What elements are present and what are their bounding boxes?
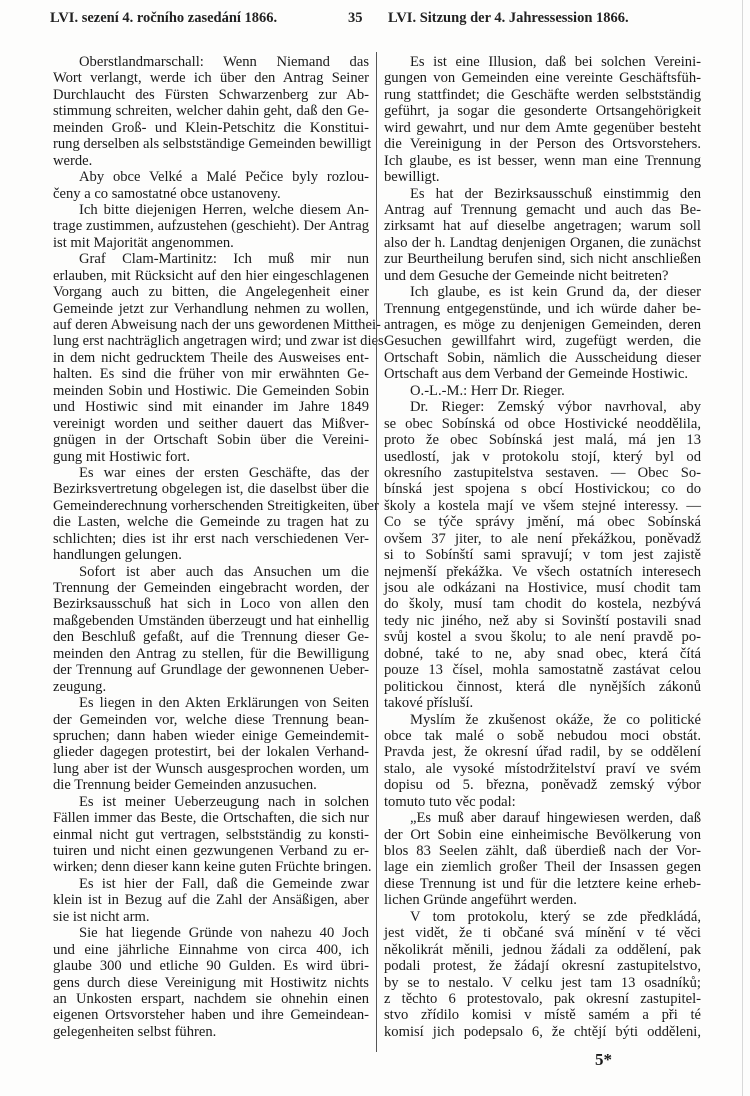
text-line: Oberstlandmarschall: Wenn Niemand das [53,54,369,70]
text-line: Ortschaft Sobin, nämlich die Ausscheidun… [384,350,701,366]
text-line: do školy, musí tam chodit do kostela, ne… [384,596,701,612]
text-line: svůj kostel a svou školu; to ale není pr… [384,629,701,645]
text-line: meinden Sobin und Hostiwic. Die Gemeinde… [53,383,369,399]
text-line: Aby obce Velké a Malé Pečice byly rozlou… [53,169,369,185]
text-line: klein ist in Bezug auf die Zahl der Ansä… [53,892,369,908]
text-line: několikrát měnili, jednou žádali za oddě… [384,942,701,958]
text-line: Ortschaft aus dem Verband der Gemeinde H… [384,366,701,382]
text-line: der Gemeinden vor, welche diese Trennung… [53,712,369,728]
text-line: maßgebenden Umständen überzeugt und hat … [53,613,369,629]
text-line: glieder dagegen protestirt, bei der loka… [53,744,369,760]
left-column: Oberstlandmarschall: Wenn Niemand dasWor… [53,54,369,1040]
text-line: Es liegen in den Akten Erklärungen von S… [53,695,369,711]
text-line: rung stattfindet; die Geschäfte werden s… [384,87,701,103]
text-line: und dem Gesuche der Gemeinde nicht beitr… [384,268,701,284]
text-line: halten. Es sind die früher von mir erwäh… [53,366,369,382]
page-edge [742,0,743,1096]
text-line: vereinigt worden und seither dauert das … [53,416,369,432]
text-line: proto že obec Sobínská jest malá, má jen… [384,432,701,448]
text-line: Gemeinde jetzt zur Verhandlung nehmen zu… [53,301,369,317]
text-line: Graf Clam-Martinitz: Ich muß mir nun [53,251,369,267]
text-line: die Vereinigung in der Person des Ortsvo… [384,136,701,152]
text-line: Es ist hier der Fall, daß die Gemeinde z… [53,876,369,892]
text-line: čeny a co samostatné obce ustanoveny. [53,186,369,202]
text-line: ovšem 37 jiter, to ale není překážkou, p… [384,531,701,547]
text-line: geführt, ja sogar die gesonderte Ortsang… [384,103,701,119]
text-line: die Trennung beider Gemeinden anzusuchen… [53,777,369,793]
document-page: LVI. sezení 4. ročního zasedání 1866. 35… [0,0,750,1096]
text-line: und eine jährliche Einnahme von circa 40… [53,942,369,958]
text-line: obce tak malé o sobě nebudou moci obstát… [384,728,701,744]
text-line: einmal nicht gut vertragen, selbstständi… [53,827,369,843]
text-line: schlichten; dies ist ihr erst nach versc… [53,531,369,547]
text-line: Ich bitte diejenigen Herren, welche dies… [53,202,369,218]
text-line: die Lasten, welche die Gemeinde zu trage… [53,514,369,530]
text-line: meinden Groß- und Klein-Petschitz die Ko… [53,120,369,136]
text-line: „Es muß aber darauf hingewiesen werden, … [384,810,701,826]
text-line: Es hat der Bezirksausschuß einstimmig de… [384,186,701,202]
text-line: pouze 13 čísel, mohla samostatně zastáva… [384,662,701,678]
text-line: tomuto tuto věc podal: [384,794,701,810]
text-line: jsou ale odkázani na Hostivice, musí cho… [384,580,701,596]
text-line: Vorgang auch zu bitten, die Angelegenhei… [53,284,369,300]
page-number: 35 [348,10,363,27]
text-line: wird gewahrt, und nur dem Amte gegenüber… [384,120,701,136]
text-line: si to Sobínští sami spravují; v tom jest… [384,547,701,563]
header-czech-title: LVI. sezení 4. ročního zasedání 1866. [50,10,277,27]
text-line: podali protest, že žádají okresní zastup… [384,958,701,974]
text-line: tuiren und nicht einen gezwungenen Verba… [53,843,369,859]
text-line: dobné, také to ne, aby snad obec, která … [384,646,701,662]
column-divider [376,52,377,1052]
text-line: O.-L.-M.: Herr Dr. Rieger. [384,383,701,399]
text-line: Bezirksausschuß hat sich in Loco von all… [53,596,369,612]
text-line: jest vidět, že ti občané svá mínění v té… [384,925,701,941]
text-line: tedy nic jiného, než aby si Sovinští pos… [384,613,701,629]
text-line: Trennung entgegenstünde, und ich würde d… [384,301,701,317]
text-line: Sie hat liegende Gründe von nahezu 40 Jo… [53,925,369,941]
text-line: stvo zřídilo komisi v místě samém a při … [384,1007,701,1023]
text-line: der Ort Sobin eine einheimische Bevölker… [384,827,701,843]
text-line: Gesuchen gewillfahrt wird, zugefügt werd… [384,333,701,349]
text-line: by se to nestalo. V celku jest tam 13 os… [384,975,701,991]
text-line: bínská jest spojena s obcí Hostivickou; … [384,481,701,497]
text-line: stalo, ale vysoké místodržitelství praví… [384,761,701,777]
text-line: Es ist meiner Ueberzeugung nach in solch… [53,794,369,810]
text-line: Es ist eine Illusion, daß bei solchen Ve… [384,54,701,70]
text-line: trage zustimmen, aufzustehen (geschieht)… [53,218,369,234]
text-line: gens durch diese Vereinigung mit Hostiwi… [53,975,369,991]
text-line: školy a kostela mají ve všem stejné inte… [384,498,701,514]
text-line: Gemeinderechnung vorherschenden Streitig… [53,498,369,514]
text-line: glaube 300 und etliche 90 Gulden. Es wir… [53,958,369,974]
text-line: Ich glaube, es ist kein Grund da, der di… [384,284,701,300]
text-line: Co se týče správy jmění, má obec Sobínsk… [384,514,701,530]
text-line: stimmung schreiten, welcher dahin geht, … [53,103,369,119]
text-line: blos 83 Seelen zählt, daß überdieß nach … [384,843,701,859]
text-line: nejmenší překážka. Ve všech ostatních in… [384,564,701,580]
text-line: sie ist nicht arm. [53,909,369,925]
text-line: eigenen Ortsvorsteher haben und ihre Gem… [53,1007,369,1023]
text-line: antragen, es möge zu denjenigen Gemeinde… [384,317,701,333]
text-line: zur Beurtheilung berufen sind, sich nich… [384,251,701,267]
text-line: lichen Gründe angeführt werden. [384,892,701,908]
text-line: dopisu od 5. března, poněvadž zemský výb… [384,777,701,793]
text-line: also der h. Landtag denjenigen Organen, … [384,235,701,251]
text-line: zeugung. [53,679,369,695]
text-line: wirken; denn dieser kann keine guten Frü… [53,859,369,875]
text-line: Pravda jest, že okresní úřad radil, by s… [384,744,701,760]
text-line: und Hostiwic sind mit einander im Jahre … [53,399,369,415]
text-line: V tom protokolu, který se zde předkládá, [384,909,701,925]
text-line: gung mit Hostiwic fort. [53,449,369,465]
text-line: politickou činnost, která dle nynějších … [384,679,701,695]
text-line: ist mit Majorität angenommen. [53,235,369,251]
text-line: rung derselben als selbstständige Gemein… [53,136,369,152]
text-line: Wort verlangt, werde ich über den Antrag… [53,70,369,86]
text-line: Dr. Rieger: Zemský výbor navrhoval, aby [384,399,701,415]
text-line: meinden den Antrag zu stellen, für die B… [53,646,369,662]
text-line: okresního zastupitelstva sestaven. — Obe… [384,465,701,481]
text-line: handlungen gelungen. [53,547,369,563]
text-line: gungen von Gemeinden eine vereinte Gesch… [384,70,701,86]
text-line: Fällen immer das Beste, die Ortschaften,… [53,810,369,826]
text-line: der Trennung auf Grundlage der gewonnene… [53,662,369,678]
text-line: den Beschluß gefaßt, auf die Trennung di… [53,629,369,645]
text-line: erlauben, mit Rücksicht auf den hier ein… [53,268,369,284]
text-line: Bezirksvertretung obgelegen ist, die das… [53,481,369,497]
text-line: diese Trennung ist und für die letztere … [384,876,701,892]
text-line: in dem nicht gedrucktem Theile des Auswe… [53,350,369,366]
page-header: LVI. sezení 4. ročního zasedání 1866. 35… [50,10,710,32]
text-line: z těchto 6 protestovalo, pak okresní zas… [384,991,701,1007]
text-line: Es war eines der ersten Geschäfte, das d… [53,465,369,481]
text-line: bewilligt. [384,169,701,185]
text-line: Sofort ist aber auch das Ansuchen um die [53,564,369,580]
text-line: lung aber ist der Wunsch ausgesprochen w… [53,761,369,777]
text-line: Ich glaube, es ist besser, wenn man eine… [384,153,701,169]
text-line: auf deren Abweisung nach der uns geworde… [53,317,369,333]
text-line: an Unkosten erspart, nachdem sie ohnehin… [53,991,369,1007]
right-column: Es ist eine Illusion, daß bei solchen Ve… [384,54,701,1040]
text-line: lung erst nachträglich angetragen wird; … [53,333,369,349]
text-line: gelegenheiten selbst führen. [53,1024,369,1040]
text-line: zirksamt hat auf dieselbe angetragen; wa… [384,218,701,234]
text-line: usedlostí, jak v protokolu stojí, který … [384,449,701,465]
text-line: Trennung der Gemeinden eingebracht worde… [53,580,369,596]
header-german-title: LVI. Sitzung der 4. Jahressession 1866. [388,10,629,27]
text-line: takové přísluší. [384,695,701,711]
text-line: Durchlaucht des Fürsten Schwarzenberg zu… [53,87,369,103]
text-line: se obec Sobínská od obce Hostivické neod… [384,416,701,432]
text-line: lage ein ziemlich großer Theil der Insas… [384,859,701,875]
text-line: Myslím že zkušenost okáže, že co politic… [384,712,701,728]
text-line: komisí jich podepsalo 6, že chtějí býti … [384,1024,701,1040]
text-line: Antrag auf Trennung gemacht und auch das… [384,202,701,218]
text-line: gnügen in der Ortschaft Sobin über die V… [53,432,369,448]
text-line: spruchen; dann haben wieder einige Gemei… [53,728,369,744]
text-line: werde. [53,153,369,169]
signature-mark: 5* [595,1050,612,1070]
